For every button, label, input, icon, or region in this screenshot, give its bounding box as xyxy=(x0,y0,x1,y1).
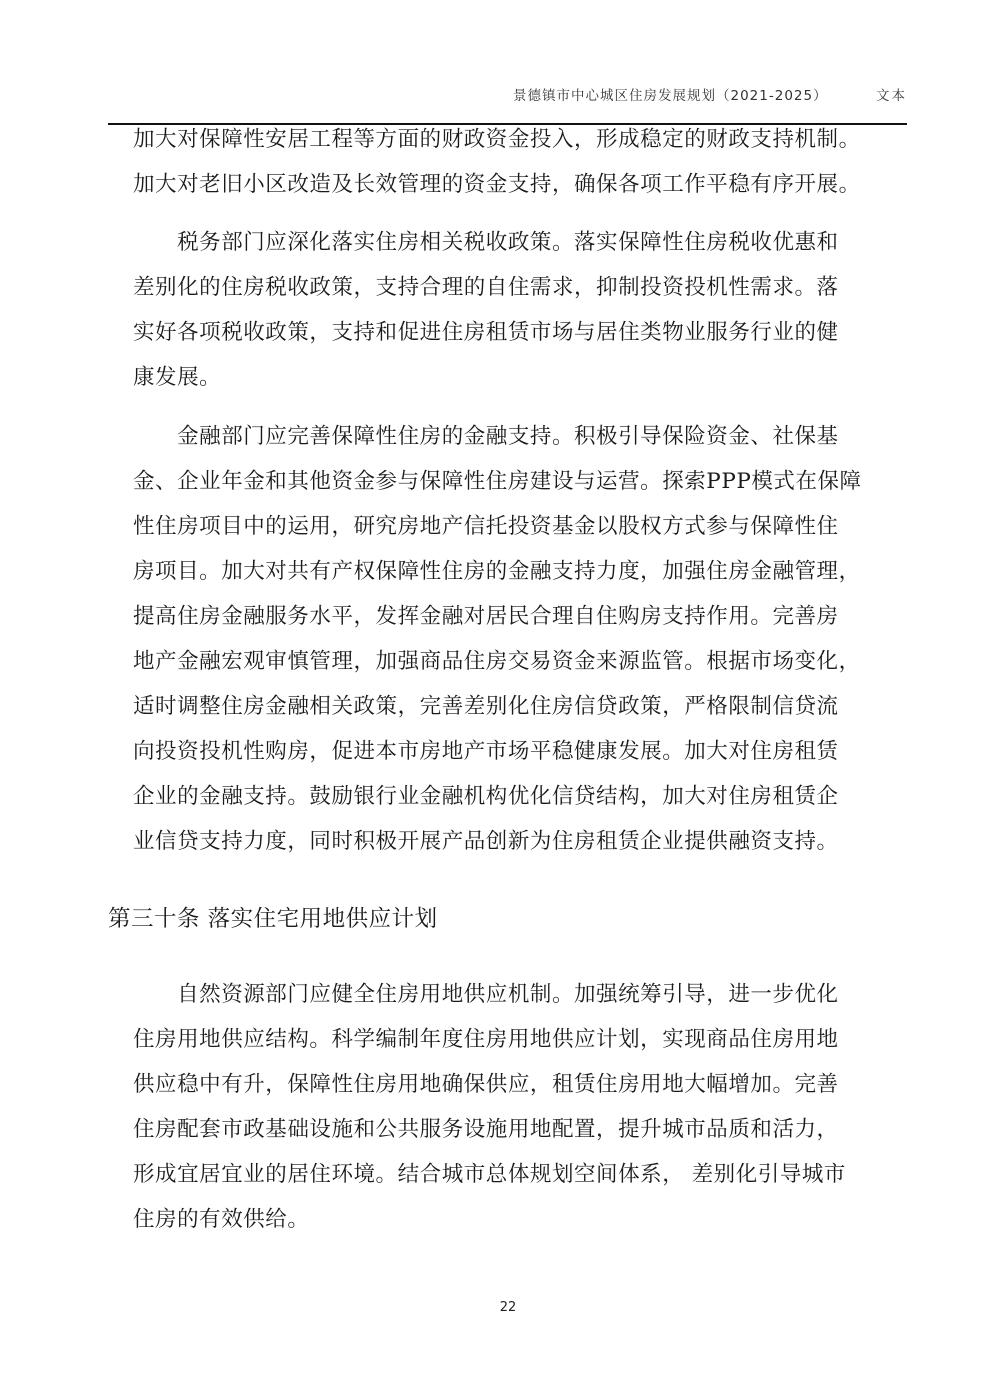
header-divider xyxy=(108,123,907,125)
page-number: 22 xyxy=(0,1300,988,1315)
paragraph-line: 住房配套市政基础设施和公共服务设施用地配置，提升城市品质和活力， xyxy=(133,1117,839,1143)
paragraph-line: 提高住房金融服务水平，发挥金融对居民合理自住购房支持作用。完善房 xyxy=(133,604,839,630)
paragraph-line: 康发展。 xyxy=(133,365,221,391)
paragraph-line: 地产金融宏观审慎管理，加强商品住房交易资金来源监管。根据市场变化， xyxy=(133,649,861,675)
paragraph-line: 差别化的住房税收政策，支持合理的自住需求，抑制投资投机性需求。落 xyxy=(133,275,839,301)
paragraph-line: 自然资源部门应健全住房用地供应机制。加强统筹引导，进一步优化 xyxy=(133,982,839,1008)
paragraph-line: 加大对保障性安居工程等方面的财政资金投入，形成稳定的财政支持机制。 xyxy=(133,127,861,153)
paragraph-line: 供应稳中有升，保障性住房用地确保供应，租赁住房用地大幅增加。完善 xyxy=(133,1072,839,1098)
paragraph-line: 加大对老旧小区改造及长效管理的资金支持，确保各项工作平稳有序开展。 xyxy=(133,172,861,198)
document-type-label: 文本 xyxy=(876,84,907,104)
document-title: 景德镇市中心城区住房发展规划（2021-2025） xyxy=(513,84,828,104)
section-heading: 第三十条 落实住宅用地供应计划 xyxy=(108,901,438,933)
paragraph-line: 业信贷支持力度，同时积极开展产品创新为住房租赁企业提供融资支持。 xyxy=(133,829,839,855)
paragraph-line: 实好各项税收政策，支持和促进住房租赁市场与居住类物业服务行业的健 xyxy=(133,320,839,346)
paragraph-line: 住房用地供应结构。科学编制年度住房用地供应计划，实现商品住房用地 xyxy=(133,1027,839,1053)
paragraph-line: 形成宜居宜业的居住环境。结合城市总体规划空间体系， 差别化引导城市 xyxy=(133,1162,846,1188)
paragraph-line: 房项目。加大对共有产权保障性住房的金融支持力度，加强住房金融管理， xyxy=(133,559,861,585)
paragraph-line: 住房的有效供给。 xyxy=(133,1207,309,1233)
paragraph-line: 企业的金融支持。鼓励银行业金融机构优化信贷结构，加大对住房租赁企 xyxy=(133,784,839,810)
paragraph-line: 性住房项目中的运用，研究房地产信托投资基金以股权方式参与保障性住 xyxy=(133,514,839,540)
paragraph-line: 向投资投机性购房，促进本市房地产市场平稳健康发展。加大对住房租赁 xyxy=(133,739,839,765)
paragraph-line: 适时调整住房金融相关政策，完善差别化住房信贷政策，严格限制信贷流 xyxy=(133,694,839,720)
paragraph-line: 金融部门应完善保障性住房的金融支持。积极引导保险资金、社保基 xyxy=(133,424,839,450)
page-header: 景德镇市中心城区住房发展规划（2021-2025） 文本 xyxy=(0,84,988,104)
paragraph-line: 金、企业年金和其他资金参与保障性住房建设与运营。探索PPP模式在保障 xyxy=(133,469,862,495)
paragraph-line: 税务部门应深化落实住房相关税收政策。落实保障性住房税收优惠和 xyxy=(133,230,839,256)
